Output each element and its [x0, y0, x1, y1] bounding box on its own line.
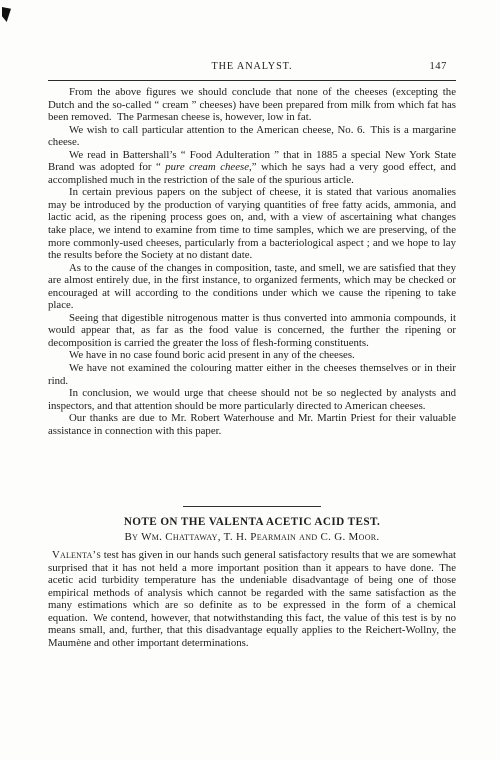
article-valenta-body: Valenta’s test has given in our hands su… — [48, 549, 456, 649]
article-cheese-discussion: From the above figures we should conclud… — [48, 86, 456, 437]
text-segment: We wish to call particular attention to … — [48, 124, 456, 149]
scanned-journal-page: THE ANALYST. 147 From the above figures … — [0, 0, 500, 760]
text-segment: We have in no case found boric acid pres… — [69, 349, 355, 361]
text-segment: Our thanks are due to Mr. Robert Waterho… — [48, 412, 456, 437]
text-segment-italic: pure cream cheese, — [165, 161, 251, 173]
journal-title: THE ANALYST. — [212, 61, 293, 72]
text-segment: In certain previous papers on the subjec… — [48, 186, 456, 261]
paragraph: We have not examined the colouring matte… — [48, 362, 456, 387]
paragraph: From the above figures we should conclud… — [48, 86, 456, 124]
paragraph: We have in no case found boric acid pres… — [48, 349, 456, 362]
paragraph: Valenta’s test has given in our hands su… — [48, 549, 456, 649]
paragraph: In conclusion, we would urge that cheese… — [48, 387, 456, 412]
text-segment: As to the cause of the changes in compos… — [48, 262, 456, 312]
article-byline: By Wm. Chattaway, T. H. Pearmain and C. … — [48, 531, 456, 543]
paragraph: Our thanks are due to Mr. Robert Waterho… — [48, 412, 456, 437]
paragraph: Seeing that digestible nitrogenous matte… — [48, 312, 456, 350]
page-number: 147 — [429, 61, 447, 72]
text-segment: test has given in our hands such general… — [48, 549, 456, 649]
paragraph: In certain previous papers on the subjec… — [48, 186, 456, 261]
section-divider-rule — [183, 506, 321, 507]
text-segment: Seeing that digestible nitrogenous matte… — [48, 312, 456, 349]
text-segment: From the above figures we should conclud… — [48, 86, 456, 123]
article-valenta-section: NOTE ON THE VALENTA ACETIC ACID TEST. By… — [48, 506, 456, 649]
corner-ink-blot-mark — [2, 7, 11, 22]
text-segment-smallcaps: Valenta’s — [52, 549, 101, 561]
paragraph: We read in Battershall’s “ Food Adultera… — [48, 149, 456, 187]
article-title: NOTE ON THE VALENTA ACETIC ACID TEST. — [48, 516, 456, 528]
running-header: THE ANALYST. — [48, 61, 456, 72]
header-rule — [48, 80, 456, 81]
paragraph: We wish to call particular attention to … — [48, 124, 456, 149]
text-segment: We have not examined the colouring matte… — [48, 362, 456, 387]
paragraph: As to the cause of the changes in compos… — [48, 262, 456, 312]
text-segment: In conclusion, we would urge that cheese… — [48, 387, 456, 412]
